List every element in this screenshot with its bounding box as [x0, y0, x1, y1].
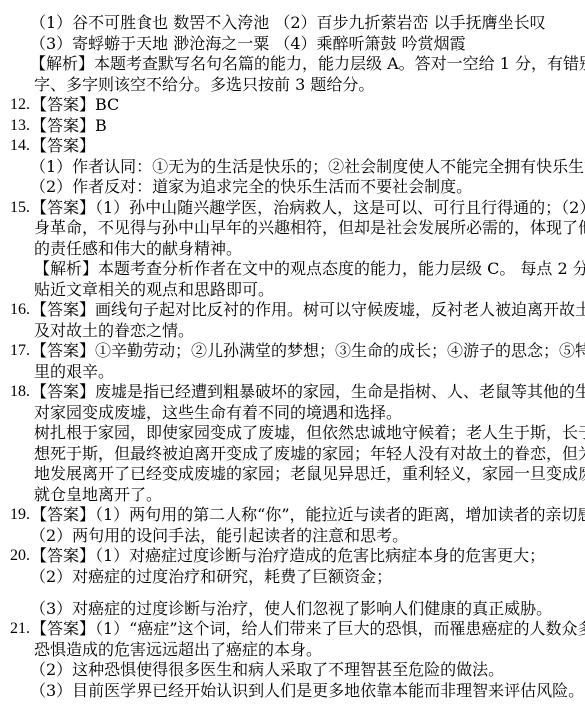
answer-line: （2）这种恐惧使得很多医生和病人采取了不理智甚至危险的做法。: [0, 660, 579, 681]
answer-line: （3）寄蜉蝣于天地 渺沧海之一粟 （4）乘醉听箫鼓 吟赏烟霞: [0, 34, 579, 55]
answer-text: （3）目前医学界已经开始认识到人们是更多地依靠本能而非理智来评估风险。 所以给: [30, 681, 585, 700]
answer-text: 字、多字则该空不给分。多选只按前 3 题给分。: [34, 75, 374, 94]
answer-line: 想死于斯，但最终被迫离开变成了废墟的家园；年轻人没有对故土的眷恋，但为了更好: [0, 444, 579, 465]
answer-line: 贴近文章相关的观点和思路即可。: [0, 280, 579, 301]
question-number: 19.: [10, 505, 30, 526]
answer-text: 就仓皇地离开了。: [34, 485, 162, 504]
answer-text: （2）对癌症的过度治疗和研究，耗费了巨额资金；: [30, 567, 392, 586]
answer-text: 贴近文章相关的观点和思路即可。: [34, 280, 274, 299]
question-number: 15.: [10, 198, 30, 219]
answer-text: （3）对癌症的过度诊断与治疗，使人们忽视了影响人们健康的真正威胁。: [30, 599, 552, 618]
answer-line: 16. 【答案】画线句子起对比反衬的作用。树可以守候废墟，反衬老人被迫离开故土的…: [0, 300, 579, 321]
answer-line: 的责任感和伟大的献身精神。: [0, 239, 579, 260]
question-number: 21.: [10, 619, 30, 640]
question-number: 14.: [10, 136, 30, 157]
answer-line: （3）目前医学界已经开始认识到人们是更多地依靠本能而非理智来评估风险。 所以给: [0, 681, 579, 702]
answer-text: 【答案】: [31, 136, 95, 155]
answer-line: 15. 【答案】（1）孙中山随兴趣学医，治病救人，这是可以、可行且行得通的；（2…: [0, 198, 579, 219]
answer-line: 【解析】本题考查默写名句名篇的能力，能力层级 A。答对一空给 1 分，有错别字或…: [0, 54, 579, 75]
answer-line: （3）对癌症的过度诊断与治疗，使人们忽视了影响人们健康的真正威胁。: [0, 599, 579, 620]
answer-lines-container: （1）谷不可胜食也 数罟不入洿池 （2）百步九折萦岩峦 以手抚膺坐长叹 （3）寄…: [0, 13, 579, 701]
answer-text: 【解析】本题考查分析作者在文中的观点态度的能力，能力层级 C。 每点 2 分，分…: [34, 259, 585, 278]
answer-text: 想死于斯，但最终被迫离开变成了废墟的家园；年轻人没有对故土的眷恋，但为了更好: [34, 444, 585, 463]
question-number: 13.: [10, 116, 30, 137]
answer-text: （3）寄蜉蝣于天地 渺沧海之一粟 （4）乘醉听箫鼓 吟赏烟霞: [30, 34, 466, 53]
answer-line: 地发展离开了已经变成废墟的家园；老鼠见异思迁，重利轻义，家园一旦变成废墟它们: [0, 464, 579, 485]
answer-line: （2）作者反对：道家为追求完全的快乐生活而不要社会制度。: [0, 177, 579, 198]
answer-text: 【答案】①辛勤劳动；②儿孙满堂的梦想；③生命的成长；④游子的思念；⑤特殊年代: [31, 341, 585, 360]
answer-text: （1）作者认同：①无为的生活是快乐的；②社会制度使人不能完全拥有快乐生活。: [30, 157, 585, 176]
answer-line: 14. 【答案】: [0, 136, 579, 157]
question-number: 16.: [10, 300, 30, 321]
answer-text: 树扎根于家园，即使家园变成了废墟，但依然忠诚地守候着；老人生于斯，长于斯，也: [34, 423, 585, 442]
answer-text: 身革命，不见得与孙中山早年的兴趣相符，但却是社会发展所必需的，体现了他对社会: [34, 218, 585, 237]
answer-line: 【解析】本题考查分析作者在文中的观点态度的能力，能力层级 C。 每点 2 分，分…: [0, 259, 579, 280]
answer-line: （1）谷不可胜食也 数罟不入洿池 （2）百步九折萦岩峦 以手抚膺坐长叹: [0, 13, 579, 34]
answer-line: 里的艰辛。: [0, 362, 579, 383]
answer-text: 【答案】（1）两句用的第二人称“你”，能拉近与读者的距离，增加读者的亲切感。: [31, 505, 585, 524]
answer-text: （2）这种恐惧使得很多医生和病人采取了不理智甚至危险的做法。: [30, 660, 504, 679]
answer-text: 及对故土的眷恋之情。: [34, 321, 194, 340]
answer-line: 18. 【答案】废墟是指已经遭到粗暴破坏的家园，生命是指树、人、老鼠等其他的生命…: [0, 382, 579, 403]
answer-text: 【答案】废墟是指已经遭到粗暴破坏的家园，生命是指树、人、老鼠等其他的生命。面: [31, 382, 585, 401]
answer-text: （2）两句用的设问手法，能引起读者的注意和思考。: [30, 526, 408, 545]
answer-text: 【答案】画线句子起对比反衬的作用。树可以守候废墟，反衬老人被迫离开故土的悲哀: [31, 300, 585, 319]
answer-line: 树扎根于家园，即使家园变成了废墟，但依然忠诚地守候着；老人生于斯，长于斯，也: [0, 423, 579, 444]
answer-line: 13. 【答案】B: [0, 116, 579, 137]
answer-line: 12. 【答案】BC: [0, 95, 579, 116]
answer-line: 身革命，不见得与孙中山早年的兴趣相符，但却是社会发展所必需的，体现了他对社会: [0, 218, 579, 239]
answer-text: 【答案】（1）“癌症”这个词，给人们带来了巨大的恐惧，而罹患癌症的人数众多，这种: [31, 619, 585, 638]
question-number: 12.: [10, 95, 30, 116]
answer-line: 字、多字则该空不给分。多选只按前 3 题给分。: [0, 75, 579, 96]
answer-text: 对家园变成废墟，这些生命有着不同的境遇和选择。: [34, 403, 402, 422]
answer-text: 地发展离开了已经变成废墟的家园；老鼠见异思迁，重利轻义，家园一旦变成废墟它们: [34, 464, 585, 483]
answer-text: 【答案】（1）对癌症过度诊断与治疗造成的危害比病症本身的危害更大；: [31, 546, 545, 565]
answer-line: 19. 【答案】（1）两句用的第二人称“你”，能拉近与读者的距离，增加读者的亲切…: [0, 505, 579, 526]
answer-text: 的责任感和伟大的献身精神。: [34, 239, 242, 258]
answer-text: 里的艰辛。: [34, 362, 114, 381]
answer-line: 对家园变成废墟，这些生命有着不同的境遇和选择。: [0, 403, 579, 424]
answer-line: 21. 【答案】（1）“癌症”这个词，给人们带来了巨大的恐惧，而罹患癌症的人数众…: [0, 619, 579, 640]
answer-text: （2）作者反对：道家为追求完全的快乐生活而不要社会制度。: [30, 177, 472, 196]
answer-line: （1）作者认同：①无为的生活是快乐的；②社会制度使人不能完全拥有快乐生活。: [0, 157, 579, 178]
answer-line: （2）对癌症的过度治疗和研究，耗费了巨额资金；: [0, 567, 579, 588]
answer-text: （1）谷不可胜食也 数罟不入洿池 （2）百步九折萦岩峦 以手抚膺坐长叹: [30, 13, 546, 32]
answer-text: 【答案】（1）孙中山随兴趣学医，治病救人，这是可以、可行且行得通的；（2）弃医投: [31, 198, 585, 217]
answer-text: 恐惧造成的危害远远超出了癌症的本身。: [34, 640, 322, 659]
question-number: 17.: [10, 341, 30, 362]
answer-line: 17. 【答案】①辛勤劳动；②儿孙满堂的梦想；③生命的成长；④游子的思念；⑤特殊…: [0, 341, 579, 362]
exam-answer-key-document: （1）谷不可胜食也 数罟不入洿池 （2）百步九折萦岩峦 以手抚膺坐长叹 （3）寄…: [0, 0, 585, 711]
answer-text: 【答案】B: [31, 116, 107, 135]
answer-line: [0, 587, 579, 599]
answer-line: 恐惧造成的危害远远超出了癌症的本身。: [0, 640, 579, 661]
answer-text: 【答案】BC: [31, 95, 119, 114]
question-number: 20.: [10, 546, 30, 567]
question-number: 18.: [10, 382, 30, 403]
answer-line: 及对故土的眷恋之情。: [0, 321, 579, 342]
answer-text: 【解析】本题考查默写名句名篇的能力，能力层级 A。答对一空给 1 分，有错别字或…: [30, 54, 585, 73]
answer-line: 就仓皇地离开了。: [0, 485, 579, 506]
answer-line: 20. 【答案】（1）对癌症过度诊断与治疗造成的危害比病症本身的危害更大；: [0, 546, 579, 567]
answer-line: （2）两句用的设问手法，能引起读者的注意和思考。: [0, 526, 579, 547]
